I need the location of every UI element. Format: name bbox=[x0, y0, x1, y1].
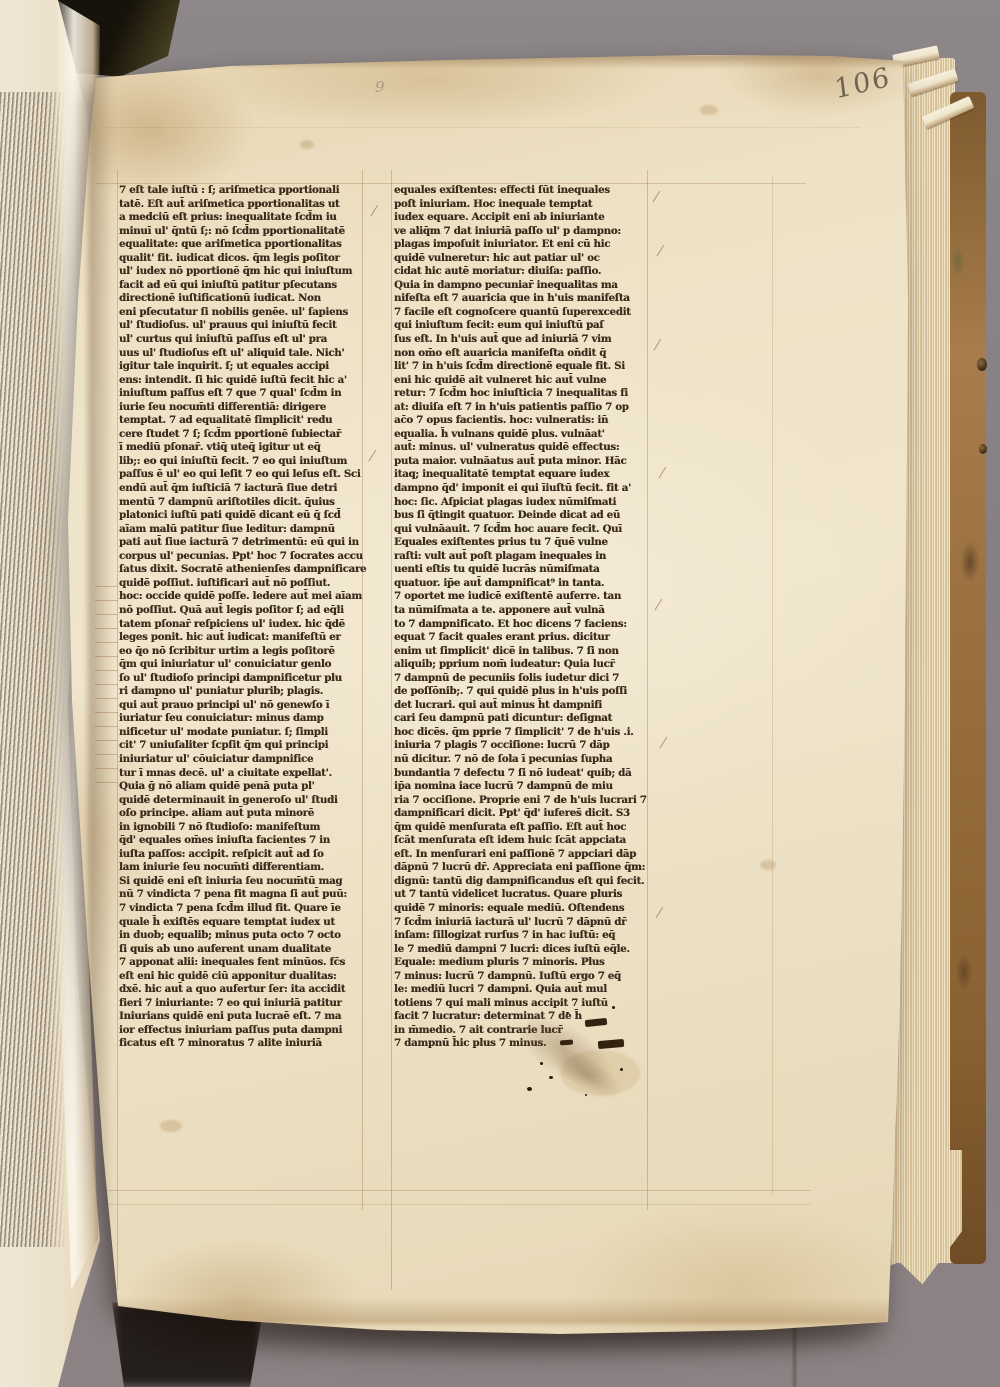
manuscript-text-line: mentū 7 dampnū ariſtotiles dicit. q̄uius bbox=[119, 496, 365, 510]
ink-mark bbox=[560, 1040, 573, 1046]
manuscript-text-line: aīam malū patitur ſiue leditur: dampnū bbox=[119, 523, 365, 537]
manuscript-text-line: dāpnū 7 lucrū dr̄. Appreciata eni paſſio… bbox=[394, 861, 648, 875]
manuscript-text-line: quidē 7 minoris: equale mediū. Oſtendens bbox=[394, 902, 648, 916]
manuscript-text-line: quidē determinauit in generoſo ul' ſtudi bbox=[119, 794, 365, 808]
correction-slash bbox=[658, 467, 666, 479]
correction-slash bbox=[652, 191, 660, 203]
manuscript-text-line: nificetur ul' modate puniatur. ſ; ſimpli bbox=[119, 726, 365, 740]
manuscript-text-line: 7 ſcd̄m iniuriā iacturā ul' lucrū 7 dāpn… bbox=[394, 916, 648, 930]
manuscript-text-line: ri dampno ul' puniatur plurib; plagis. bbox=[119, 685, 365, 699]
manuscript-text-line: dignū: tantū dig dampnificandus eſt qui … bbox=[394, 875, 648, 889]
manuscript-text-line: 7 minus: lucrū 7 dampnū. Iuſtū ergo 7 eq… bbox=[394, 970, 648, 984]
manuscript-text-line: q̄d' equales om̄es iniuſta facientes 7 i… bbox=[119, 834, 365, 848]
manuscript-text-line: det lucrari. qui aut̄ minus h̄t dampnifi bbox=[394, 699, 648, 713]
manuscript-text-line: quidē poſſiut. iuſtificari aut̄ nō poſſi… bbox=[119, 577, 365, 591]
manuscript-text-line: plagas impoſuit iniuriator. Et eni cū hi… bbox=[394, 238, 648, 252]
manuscript-text-line: cit' 7 uniuſaliter ſcpſit q̄m qui princi… bbox=[119, 739, 365, 753]
manuscript-text-line: uus ul' ſtudioſus eſt ul' aliquid tale. … bbox=[119, 347, 365, 361]
manuscript-text-line: lit' 7 in h'uis ſcd̄m directionē equale … bbox=[394, 360, 648, 374]
manuscript-text-line: nō poſſiut. Quā aut̄ legis poſitor ſ; ad… bbox=[119, 604, 365, 618]
manuscript-text-line: ſo ul' ſtudioſo principi dampnificetur p… bbox=[119, 672, 365, 686]
manuscript-text-line: eſt eni hic quidē ciū apponitur dualitas… bbox=[119, 970, 365, 984]
correction-slash bbox=[656, 245, 664, 257]
ink-speck bbox=[527, 1087, 532, 1091]
ink-speck bbox=[540, 1062, 543, 1065]
manuscript-text-line: poſt iniuriam. Hoc inequale temptat bbox=[394, 198, 648, 212]
manuscript-text-line: hoc: ſic. Aſpiciat plagas iudex nūmiſmat… bbox=[394, 496, 648, 510]
margin-ruling-ticks bbox=[95, 586, 118, 786]
manuscript-text-line: platonici iuſtū pati quidē dicant eū q̄ … bbox=[119, 509, 365, 523]
ink-speck bbox=[549, 1076, 553, 1079]
ink-speck bbox=[620, 1068, 623, 1071]
manuscript-text-line: 7 oportet me iudicē exiſtentē auferre. t… bbox=[394, 590, 648, 604]
parchment-stain bbox=[300, 140, 314, 149]
manuscript-text-line: pati aut̄ ſiue iacturā 7 detrimentū: eū … bbox=[119, 536, 365, 550]
manuscript-text-line: tatē. Eſt aut̄ ariſmetica pportionalitas… bbox=[119, 198, 365, 212]
text-column-2: equales exiſtentes: effecti ſūt inequale… bbox=[394, 184, 648, 1051]
manuscript-photo: { "photo": { "folio_number": "106", "qui… bbox=[0, 0, 1000, 1387]
manuscript-text-line: aliquib; pprium nom̄ iudeatur: Quia lucr… bbox=[394, 658, 648, 672]
manuscript-text-line: igitur tale inquirit. ſ; ut equales acci… bbox=[119, 360, 365, 374]
manuscript-text-line: ſus eſt. In h'uis aut̄ que ad iniuriā 7 … bbox=[394, 333, 648, 347]
manuscript-text-line: hoc dicēs. q̄m pprie 7 ſimplicit' 7 de h… bbox=[394, 726, 648, 740]
manuscript-text-line: iuſta paſſos: accipit. reſpicit aut̄ ad … bbox=[119, 848, 365, 862]
correction-slash bbox=[368, 450, 376, 462]
manuscript-text-line: ul' curtus qui iniuſtū paſſus eſt ul' pr… bbox=[119, 333, 365, 347]
manuscript-text-line: raſti: vult aut̄ poſt plagam inequales i… bbox=[394, 550, 648, 564]
manuscript-text-line: bus ſi q̄tingit quatuor. Deinde dicat ad… bbox=[394, 509, 648, 523]
manuscript-text-line: tatem pſonar̄ reſpiciens ul' iudex. hic … bbox=[119, 618, 365, 632]
manuscript-text-line: q̄m qui iniuriatur ul' conuiciatur genlo bbox=[119, 658, 365, 672]
manuscript-text-line: ria 7 occiſione. Proprie eni 7 de h'uis … bbox=[394, 794, 648, 808]
manuscript-text-line: in ignobili 7 nō ſtudioſo: manifeſtum bbox=[119, 821, 365, 835]
manuscript-text-line: dampnificari dicit. Ppt' q̄d' iuferes̄ d… bbox=[394, 807, 648, 821]
manuscript-text-line: fieri 7 iniuriante: 7 eo qui iniuriā pat… bbox=[119, 997, 365, 1011]
manuscript-text-line: ac̄o 7 opus facientis. hoc: vulneratis: … bbox=[394, 414, 648, 428]
manuscript-text-line: enim ut ſimplicit' dicē in talibus. 7 ſi… bbox=[394, 645, 648, 659]
ink-speck bbox=[612, 1006, 615, 1009]
manuscript-text-line: qui iniuſtum fecit: eum qui iniuſtū paſ bbox=[394, 319, 648, 333]
manuscript-text-line: dampno q̄d' imponit ei qui īiuſtū fecit.… bbox=[394, 482, 648, 496]
manuscript-text-line: inſam: ſillogizat rurſus 7 in hac iuſtū:… bbox=[394, 929, 648, 943]
manuscript-text-line: in duob; equalib; minus puta octo 7 octo bbox=[119, 929, 365, 943]
manuscript-text-line: ſcāt menſurata eſt idem huic ſcāt appcia… bbox=[394, 834, 648, 848]
manuscript-text-line: iurie ſeu nocum̄ti differentiā: dirigere bbox=[119, 401, 365, 415]
manuscript-text-line: paſſus ē ul' eo qui leſit 7 eo qui leſus… bbox=[119, 468, 365, 482]
manuscript-page: 9 106 7 eſt tale iuſtū : ſ; ariſmetica p… bbox=[0, 0, 1000, 1387]
manuscript-text-line: itaq; inequalitatē temptat equare iudex bbox=[394, 468, 648, 482]
manuscript-text-line: ve aliq̄m 7 dat iniuriā paſſo ul' p damp… bbox=[394, 225, 648, 239]
manuscript-text-line: ul' iudex nō pportionē q̄m hic qui iniuſ… bbox=[119, 265, 365, 279]
manuscript-text-line: Quia ḡ nō aliam quidē penā puta pl' bbox=[119, 780, 365, 794]
ink-speck bbox=[566, 1012, 569, 1014]
correction-slash bbox=[653, 339, 661, 351]
manuscript-text-line: aut̄: minus. ul' vulneratus quidē effect… bbox=[394, 441, 648, 455]
manuscript-text-line: puta maior. vulnāatus aut̄ puta minor. H… bbox=[394, 455, 648, 469]
manuscript-text-line: uenti eſtis tu quidē lucrās nūmiſmata bbox=[394, 563, 648, 577]
manuscript-text-line: quatuor. ip̄e aut̄ dampnificat⁹ in tanta… bbox=[394, 577, 648, 591]
manuscript-text-line: iniuriatur ul' cōuiciatur dampnifice bbox=[119, 753, 365, 767]
manuscript-text-line: Equales exiſtentes prius tu 7 q̄uē vulne bbox=[394, 536, 648, 550]
ink-speck bbox=[585, 1094, 587, 1096]
manuscript-text-line: ul' ſtudioſus. ul' prauus qui iniuſtū fe… bbox=[119, 319, 365, 333]
manuscript-text-line: ta nūmiſmata a te. apponere aut̄ vulnā bbox=[394, 604, 648, 618]
manuscript-text-line: lib;: eo qui iniuſtū fecit. 7 eo qui ini… bbox=[119, 455, 365, 469]
manuscript-text-line: qui vulnāauit. 7 ſcd̄m hoc auare fecit. … bbox=[394, 523, 648, 537]
manuscript-text-line: temptat. 7 ad equalitatē ſimplicit' redu bbox=[119, 414, 365, 428]
manuscript-text-line: Si quidē eni eſt iniuria ſeu nocum̄tū ma… bbox=[119, 875, 365, 889]
manuscript-text-line: to 7 dampnificato. Et hoc dicens 7 facie… bbox=[394, 618, 648, 632]
page-wrapper: 9 106 7 eſt tale iuſtū : ſ; ariſmetica p… bbox=[0, 0, 1000, 1387]
manuscript-text-line: qualit' fit. iudicat dicos. q̄m legis po… bbox=[119, 252, 365, 266]
manuscript-text-line: equat 7 facit quales erant prius. dicitu… bbox=[394, 631, 648, 645]
manuscript-text-line: equalitate: que ariſmetica pportionalita… bbox=[119, 238, 365, 252]
manuscript-text-line: non om̄o eſt auaricia manifeſta on̄dit q… bbox=[394, 347, 648, 361]
manuscript-text-line: eſt. In menſurari eni paſſionē 7 appciar… bbox=[394, 848, 648, 862]
correction-slash bbox=[655, 907, 663, 919]
manuscript-text-line: tur ī mnas decē. ul' a ciuitate expellat… bbox=[119, 767, 365, 781]
manuscript-text-line: quale h̄ exiſtēs equare temptat iudex ut bbox=[119, 916, 365, 930]
manuscript-text-line: le: mediū lucri 7 dampni. Quia aut̄ mul bbox=[394, 983, 648, 997]
manuscript-text-line: equales exiſtentes: effecti ſūt inequale… bbox=[394, 184, 648, 198]
manuscript-text-line: nū 7 vindicta 7 pena fit magna ſi aut̄ p… bbox=[119, 888, 365, 902]
manuscript-text-line: nū dicitur. 7 nō de ſola ī pecunias ſuph… bbox=[394, 753, 648, 767]
manuscript-text-line: 7 dampnū de pecuniis ſolis iudetur dici … bbox=[394, 672, 648, 686]
manuscript-text-line: q̄m quidē menſurata eſt paſſio. Eſt aut̄… bbox=[394, 821, 648, 835]
manuscript-text-line: directionē iuſtificationū iudicat. Non bbox=[119, 292, 365, 306]
manuscript-text-line: cere ſtudet 7 ſ; ſcd̄m pportionē ſubiect… bbox=[119, 428, 365, 442]
manuscript-text-line: eni hic quidē ait vulneret hic aut̄ vuln… bbox=[394, 374, 648, 388]
manuscript-text-line: ens: intendit. ſi hic quidē iuſtū fecit … bbox=[119, 374, 365, 388]
manuscript-text-line: cidat hic autē moriatur: diuiſa: paſſio. bbox=[394, 265, 648, 279]
manuscript-text-line: ior effectus iniuriam paſſus puta dampni bbox=[119, 1024, 365, 1038]
quire-mark: 9 bbox=[375, 78, 385, 96]
manuscript-text-line: 7 facile eſt cognoſcere quantū ſuperexce… bbox=[394, 306, 648, 320]
ruling-line-horizontal bbox=[96, 1190, 811, 1191]
correction-slash bbox=[370, 205, 378, 217]
manuscript-text-line: equalia. h̄ vulnans quidē plus. vulnāat' bbox=[394, 428, 648, 442]
manuscript-text-line: iudex equare. Accipit eni ab iniuriante bbox=[394, 211, 648, 225]
manuscript-text-line: 7 apponat alii: inequales fent minūos. f… bbox=[119, 956, 365, 970]
manuscript-text-line: ficatus eſt 7 minoratus 7 alite iniuriā bbox=[119, 1037, 365, 1051]
manuscript-text-line: Iniurians quidē eni puta lucraē eſt. 7 m… bbox=[119, 1010, 365, 1024]
manuscript-text-line: eni pſecutatur ſi nobilis genēe. ul' ſap… bbox=[119, 306, 365, 320]
manuscript-text-line: le 7 mediū dampni 7 lucri: dices iuſtū e… bbox=[394, 943, 648, 957]
parchment-stain bbox=[160, 1120, 182, 1132]
manuscript-text-line: at: diuiſa eſt 7 in h'uis patientis paſſ… bbox=[394, 401, 648, 415]
parchment-stain bbox=[700, 105, 718, 115]
manuscript-text-line: facit 7 lucratur: determinat 7 de h̄ bbox=[394, 1010, 648, 1024]
manuscript-text-line: dxē. hic aut̄ a quo aufertur ſer: ita ac… bbox=[119, 983, 365, 997]
manuscript-text-line: de poſſōnib;. 7 qui quidē plus in h'uis … bbox=[394, 685, 648, 699]
manuscript-text-line: endū aut̄ q̄m iuſticiā 7 iacturā ſiue de… bbox=[119, 482, 365, 496]
ruling-line-vertical bbox=[772, 175, 773, 1195]
manuscript-text-line: a medciū eſt prius: inequalitate ſcd̄m i… bbox=[119, 211, 365, 225]
manuscript-text-line: minuī ul' q̄ntū ſ;: nō ſcd̄m pportionali… bbox=[119, 225, 365, 239]
manuscript-text-line: leges ponit. hic aut̄ iudicat: manifeſtū… bbox=[119, 631, 365, 645]
manuscript-text-line: facit ad eū qui iniuſtū patitur pſecutan… bbox=[119, 279, 365, 293]
parchment-stain bbox=[760, 860, 776, 870]
text-column-1: 7 eſt tale iuſtū : ſ; ariſmetica pportio… bbox=[119, 184, 365, 1051]
manuscript-text-line: hoc: occide quidē poſſe. ledere aut̄ mei… bbox=[119, 590, 365, 604]
manuscript-text-line: bundantia 7 defectu 7 ſi nō iudeat' quib… bbox=[394, 767, 648, 781]
ruling-line-horizontal bbox=[96, 1204, 811, 1205]
manuscript-text-line: qui aut̄ prauo principi ul' nō genewſo ī bbox=[119, 699, 365, 713]
manuscript-text-line: corpus ul' pecunias. Ppt' hoc 7 ſocrates… bbox=[119, 550, 365, 564]
manuscript-text-line: ip̄a nomina iace lucrū 7 dampnū de miu bbox=[394, 780, 648, 794]
manuscript-text-line: lam iniurie ſeu nocum̄ti differentiam. bbox=[119, 861, 365, 875]
manuscript-text-line: eo q̄o nō ſcribitur urtim a legis poſito… bbox=[119, 645, 365, 659]
page-top-edge-browning bbox=[90, 55, 905, 69]
manuscript-text-line: ſi quis ab uno auferent unam dualitate bbox=[119, 943, 365, 957]
parchment-vein-line bbox=[100, 127, 860, 128]
correction-slash bbox=[659, 737, 667, 749]
manuscript-text-line: cari ſeu dampnū pati dicuntur: deſignat bbox=[394, 712, 648, 726]
manuscript-text-line: retur: 7 ſcd̄m hoc iniuſticia 7 inequali… bbox=[394, 387, 648, 401]
manuscript-text-line: totiens 7 qui mali minus accipit 7 iuſtū bbox=[394, 997, 648, 1011]
page-bottom-edge-browning bbox=[110, 1298, 890, 1324]
manuscript-text-line: 7 vindicta 7 pena ſcd̄m illud fit. Quare… bbox=[119, 902, 365, 916]
manuscript-text-line: iuriatur ſeu conuiciatur: minus damp bbox=[119, 712, 365, 726]
manuscript-text-line: iniuſtum paſſus eſt 7 que 7 qual' ſcd̄m … bbox=[119, 387, 365, 401]
ruling-line-vertical bbox=[391, 170, 392, 1290]
manuscript-text-line: 7 eſt tale iuſtū : ſ; ariſmetica pportio… bbox=[119, 184, 365, 198]
manuscript-text-line: ut 7 tantū videlicet lucratus. Quare plu… bbox=[394, 888, 648, 902]
manuscript-text-line: ſatus dixit. Socratē athenienſes dampnif… bbox=[119, 563, 365, 577]
manuscript-text-line: ī mediū pſonar̄. vtiq̄ uteq̄ igitur ut e… bbox=[119, 441, 365, 455]
manuscript-text-line: quidē vulneretur: hic aut patiar ul' oc bbox=[394, 252, 648, 266]
manuscript-text-line: nifeſta eſt 7 auaricia que in h'uis mani… bbox=[394, 292, 648, 306]
manuscript-text-line: Quia in dampno pecuniar̄ inequalitas ma bbox=[394, 279, 648, 293]
manuscript-text-line: Equale: medium pluris 7 minoris. Plus bbox=[394, 956, 648, 970]
manuscript-text-line: iniuria 7 plagis 7 occiſione: lucrū 7 dā… bbox=[394, 739, 648, 753]
correction-slash bbox=[654, 599, 662, 611]
manuscript-text-line: oſo principe. aliam aut̄ puta minorē bbox=[119, 807, 365, 821]
